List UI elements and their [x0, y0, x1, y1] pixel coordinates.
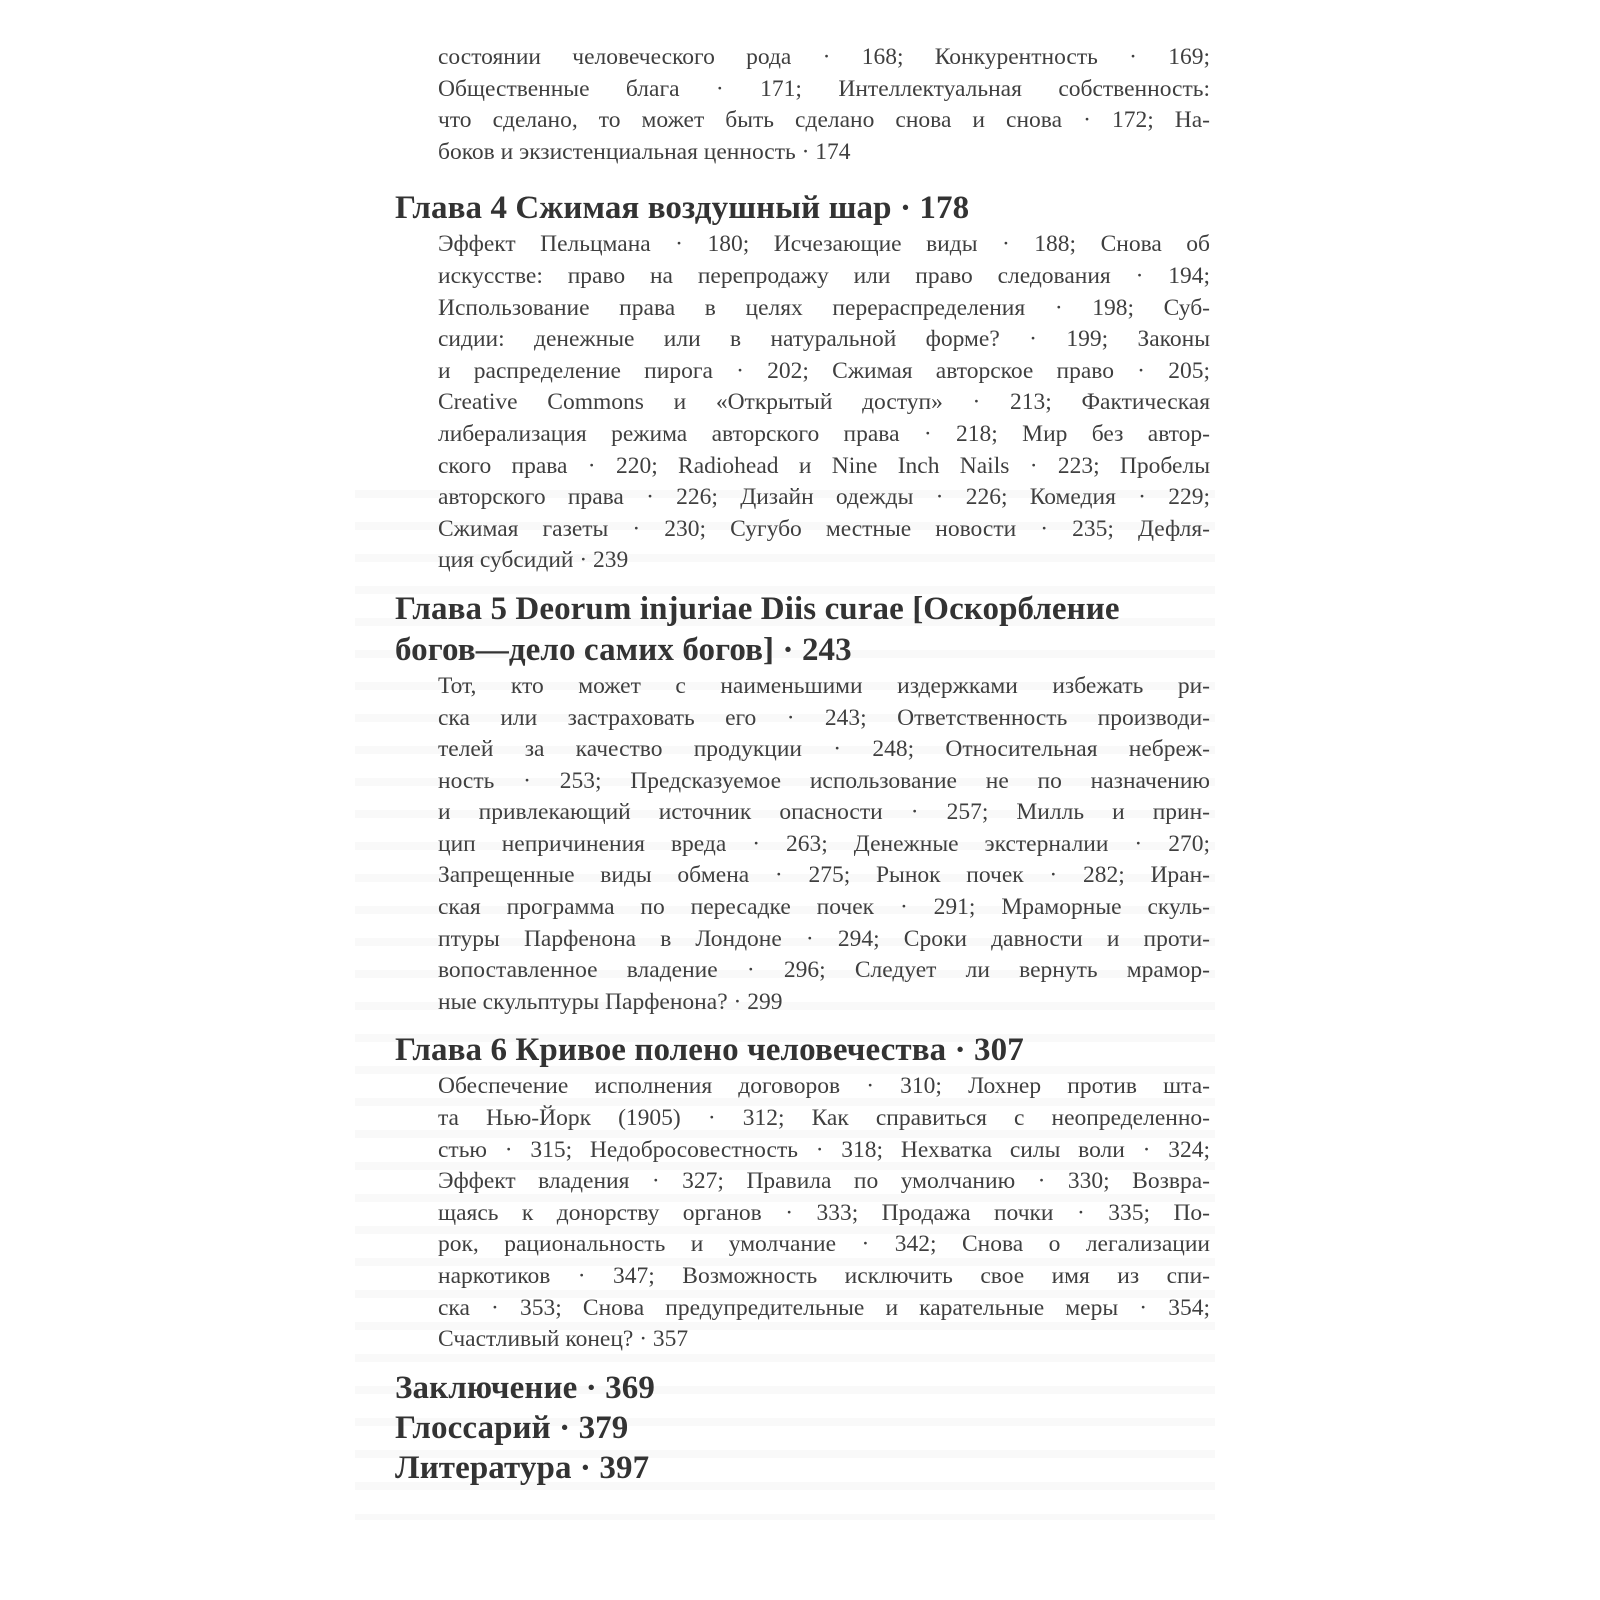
toc-line: птуры Парфенона в Лондоне · 294; Сроки д… [438, 924, 1210, 956]
toc-line: ность · 253; Предсказуемое использование… [438, 766, 1210, 798]
chapter-5: Глава 5 Deorum injuriae Diis curae [Оско… [395, 589, 1225, 1019]
toc-line: боков и экзистенциальная ценность · 174 [438, 137, 1210, 169]
toc-line: Сжимая газеты · 230; Сугубо местные ново… [438, 514, 1210, 546]
toc-line: рок, рациональность и умолчание · 342; С… [438, 1229, 1210, 1261]
intro-sub-entries: состоянии человеческого рода · 168; Конк… [438, 42, 1225, 168]
toc-line: состоянии человеческого рода · 168; Конк… [438, 42, 1210, 74]
toc-line: ская программа по пересадке почек · 291;… [438, 892, 1210, 924]
chapter-5-title[interactable]: Глава 5 Deorum injuriae Diis curae [Оско… [395, 589, 1225, 671]
toc-line: цип непричинения вреда · 263; Денежные э… [438, 829, 1210, 861]
toc-line: телей за качество продукции · 248; Относ… [438, 734, 1210, 766]
toc-line: ска или застраховать его · 243; Ответств… [438, 703, 1210, 735]
toc-line: Запрещенные виды обмена · 275; Рынок поч… [438, 860, 1210, 892]
toc-line: вопоставленное владение · 296; Следует л… [438, 955, 1210, 987]
toc-line: Эффект Пельцмана · 180; Исчезающие виды … [438, 229, 1210, 261]
toc-line: сидии: денежные или в натуральной форме?… [438, 324, 1210, 356]
toc-line: щаясь к донорству органов · 333; Продажа… [438, 1198, 1210, 1230]
toc-line: стью · 315; Недобросовестность · 318; Не… [438, 1135, 1210, 1167]
chapter-6-title[interactable]: Глава 6 Кривое полено человечества · 307 [395, 1030, 1225, 1071]
toc-entries: состоянии человеческого рода · 168; Конк… [395, 42, 1225, 1488]
toc-line: ные скульптуры Парфенона? · 299 [438, 987, 1210, 1019]
toc-line: либерализация режима авторского права · … [438, 419, 1210, 451]
end-matter: Заключение · 369 Глоссарий · 379 Литерат… [395, 1368, 1225, 1488]
toc-line: и привлекающий источник опасности · 257;… [438, 797, 1210, 829]
toc-line: что сделано, то может быть сделано снова… [438, 105, 1210, 137]
chapter-4: Глава 4 Сжимая воздушный шар · 178 Эффек… [395, 188, 1225, 577]
bibliography-entry[interactable]: Литература · 397 [395, 1448, 1225, 1488]
chapter-4-title[interactable]: Глава 4 Сжимая воздушный шар · 178 [395, 188, 1225, 229]
toc-line: Тот, кто может с наименьшими издержками … [438, 671, 1210, 703]
conclusion-entry[interactable]: Заключение · 369 [395, 1368, 1225, 1408]
toc-line: та Нью-Йорк (1905) · 312; Как справиться… [438, 1103, 1210, 1135]
toc-line: авторского права · 226; Дизайн одежды · … [438, 482, 1210, 514]
toc-line: Обеспечение исполнения договоров · 310; … [438, 1071, 1210, 1103]
toc-line: искусстве: право на перепродажу или прав… [438, 261, 1210, 293]
toc-line: Эффект владения · 327; Правила по умолча… [438, 1166, 1210, 1198]
toc-page: состоянии человеческого рода · 168; Конк… [0, 0, 1600, 1600]
toc-line: наркотиков · 347; Возможность исключить … [438, 1261, 1210, 1293]
toc-line: Счастливый конец? · 357 [438, 1324, 1210, 1356]
toc-line: Использование права в целях перераспреде… [438, 293, 1210, 325]
chapter-6: Глава 6 Кривое полено человечества · 307… [395, 1030, 1225, 1355]
toc-line: ция субсидий · 239 [438, 545, 1210, 577]
toc-line: Общественные блага · 171; Интеллектуальн… [438, 74, 1210, 106]
chapter-5-sub-entries: Тот, кто может с наименьшими издержками … [438, 671, 1225, 1019]
chapter-4-sub-entries: Эффект Пельцмана · 180; Исчезающие виды … [438, 229, 1225, 577]
chapter-6-sub-entries: Обеспечение исполнения договоров · 310; … [438, 1071, 1225, 1355]
toc-line: ского права · 220; Radiohead и Nine Inch… [438, 451, 1210, 483]
toc-line: и распределение пирога · 202; Сжимая авт… [438, 356, 1210, 388]
toc-line: ска · 353; Снова предупредительные и кар… [438, 1293, 1210, 1325]
toc-line: Creative Commons и «Открытый доступ» · 2… [438, 387, 1210, 419]
glossary-entry[interactable]: Глоссарий · 379 [395, 1408, 1225, 1448]
